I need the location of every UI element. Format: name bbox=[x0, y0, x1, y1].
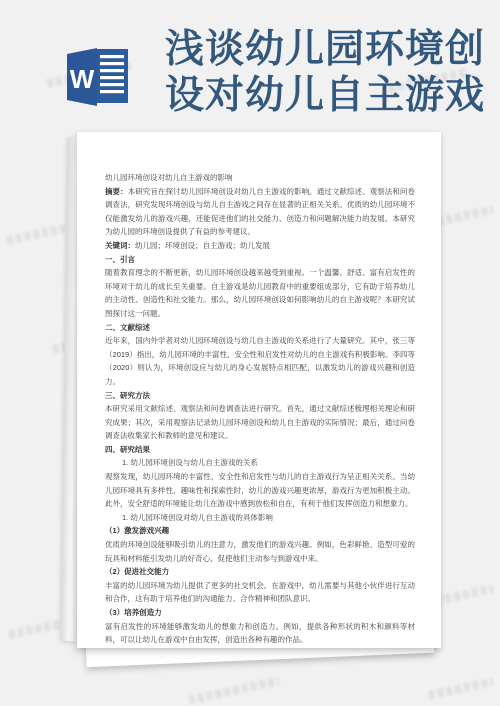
section-3-paragraph: 本研究采用文献综述、观察法和问卷调查法进行研究。首先，通过文献综述梳理相关理论和… bbox=[105, 402, 415, 443]
document-body: 幼儿园环境创设对幼儿自主游戏的影响摘要：本研究旨在探讨幼儿园环境创设对幼儿自主游… bbox=[105, 171, 415, 647]
sub-1-paragraph: 优质的环境创设能够吸引幼儿的注意力，激发他们的游戏兴趣。例如，色彩鲜艳、造型可爱… bbox=[105, 538, 415, 565]
section-2-paragraph: 近年来，国内外学者对幼儿园环境创设与幼儿自主游戏的关系进行了大量研究。其中，张三… bbox=[105, 334, 415, 388]
abstract-paragraph: 摘要：本研究旨在探讨幼儿园环境创设对幼儿自主游戏的影响。通过文献综述、观察法和问… bbox=[105, 185, 415, 239]
sub-heading-3: （3）培养创造力 bbox=[105, 606, 415, 620]
doc-title: 幼儿园环境创设对幼儿自主游戏的影响 bbox=[105, 171, 415, 185]
sub-2-paragraph: 丰富的幼儿园环境为幼儿提供了更多的社交机会。在游戏中，幼儿需要与其他小伙伴进行互… bbox=[105, 579, 415, 606]
inline-label: 关键词： bbox=[105, 241, 135, 250]
sub-3-paragraph: 富有启发性的环境能够激发幼儿的想象力和创造力。例如，提供各种形状的积木和颜料等材… bbox=[105, 620, 415, 647]
keywords-line: 关键词：幼儿园；环境创设；自主游戏；幼儿发展 bbox=[105, 239, 415, 253]
sub-heading-2: （2）促进社交能力 bbox=[105, 565, 415, 579]
page-title: 浅谈幼儿园环境创 设对幼儿自主游戏 bbox=[165, 27, 485, 119]
section-heading-3: 三、研究方法 bbox=[105, 389, 415, 403]
watermark-smudge bbox=[188, 677, 280, 705]
word-icon-letter: W bbox=[70, 64, 95, 94]
result-paragraph: 观察发现，幼儿园环境的丰富性、安全性和启发性与幼儿的自主游戏行为呈正相关关系。当… bbox=[105, 470, 415, 511]
watermark-smudge bbox=[428, 677, 494, 700]
numbered-item: 1. 幼儿园环境创设与幼儿自主游戏的关系 bbox=[105, 456, 415, 470]
page-title-line2: 设对幼儿自主游戏 bbox=[165, 73, 485, 119]
section-heading-4: 四、研究结果 bbox=[105, 443, 415, 457]
sub-heading-1: （1）激发游戏兴趣 bbox=[105, 524, 415, 538]
inline-label: 摘要： bbox=[105, 187, 128, 196]
word-icon-page bbox=[95, 49, 128, 103]
page-title-line1: 浅谈幼儿园环境创 bbox=[165, 27, 485, 73]
screenshot-canvas: W 浅谈幼儿园环境创 设对幼儿自主游戏 幼儿园环境创设对幼儿自主游戏的影响摘要：… bbox=[0, 0, 500, 706]
word-icon: W bbox=[64, 47, 134, 107]
section-heading-2: 二、文献综述 bbox=[105, 321, 415, 335]
section-1-paragraph: 随着教育理念的不断更新，幼儿园环境创设越来越受到重视。一个温馨、舒适、富有启发性… bbox=[105, 266, 415, 320]
document-page: 幼儿园环境创设对幼儿自主游戏的影响摘要：本研究旨在探讨幼儿园环境创设对幼儿自主游… bbox=[77, 132, 441, 648]
numbered-item: 1. 幼儿园环境创设对幼儿自主游戏的具体影响 bbox=[105, 511, 415, 525]
section-heading-1: 一、引言 bbox=[105, 253, 415, 267]
